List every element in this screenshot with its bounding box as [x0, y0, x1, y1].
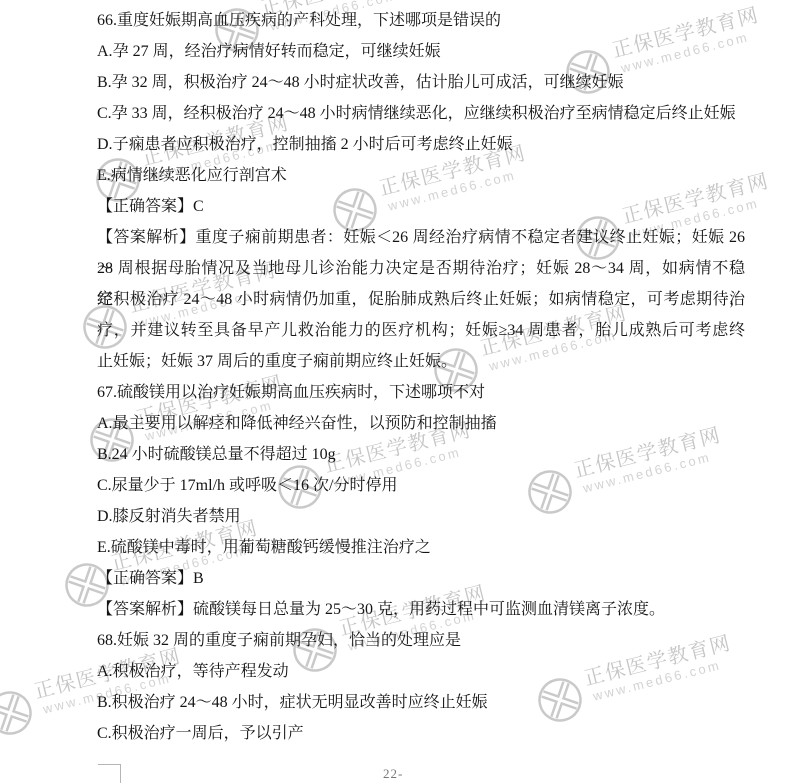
- question-stem-text: 硫酸镁用以治疗妊娠期高血压疾病时，下述哪项不对: [117, 384, 485, 401]
- question-66-analysis-line-2: 28 周根据母胎情况及当地母儿诊治能力决定是否期待治疗；妊娠 28～34 周，如…: [97, 253, 745, 284]
- option-label: C.: [97, 105, 112, 122]
- option-text: 膝反射消失者禁用: [113, 508, 241, 525]
- question-66-option-e: E.病情继续恶化应行剖宫术: [97, 160, 745, 191]
- question-66-analysis-line-1: 【答案解析】重度子痫前期患者：妊娠＜26 周经治疗病情不稳定者建议终止妊娠；妊娠…: [97, 222, 745, 253]
- option-text: 尿量少于 17ml/h 或呼吸＜16 次/分时停用: [112, 477, 398, 494]
- answer-label: 【正确答案】: [97, 570, 193, 587]
- option-label: E.: [97, 539, 111, 556]
- analysis-text: 硫酸镁每日总量为 25～30 克，用药过程中可监测血清镁离子浓度。: [193, 601, 665, 618]
- option-text: 积极治疗，等待产程发动: [113, 663, 289, 680]
- question-68-stem: 68.妊娠 32 周的重度子痫前期孕妇，恰当的处理应是: [97, 625, 745, 656]
- option-text: 孕 33 周，经积极治疗 24～48 小时病情继续恶化，应继续积极治疗至病情稳定…: [112, 105, 736, 122]
- option-text: 积极治疗一周后，予以引产: [112, 725, 304, 742]
- question-number: 68.: [97, 632, 117, 649]
- option-label: D.: [97, 508, 113, 525]
- question-67-answer-line: 【正确答案】B: [97, 563, 745, 594]
- option-label: C.: [97, 477, 112, 494]
- option-text: 病情继续恶化应行剖宫术: [111, 167, 287, 184]
- question-67-option-a: A.最主要用以解痉和降低神经兴奋性，以预防和控制抽搐: [97, 408, 745, 439]
- document-page: 正保医学教育网www.med66.com 正保医学教育网www.med66.co…: [0, 0, 791, 783]
- question-66-analysis-line-3: 经积极治疗 24～48 小时病情仍加重，促胎肺成熟后终止妊娠；如病情稳定，可考虑…: [97, 284, 745, 315]
- question-68-option-b: B.积极治疗 24～48 小时，症状无明显改善时应终止妊娠: [97, 687, 745, 718]
- question-number: 67.: [97, 384, 117, 401]
- option-label: B.: [97, 694, 112, 711]
- option-label: A.: [97, 663, 113, 680]
- question-66-analysis-line-4: 疗，并建议转至具备早产儿救治能力的医疗机构；妊娠≥34 周患者，胎儿成熟后可考虑…: [97, 315, 745, 346]
- option-text: 积极治疗 24～48 小时，症状无明显改善时应终止妊娠: [112, 694, 488, 711]
- option-text: 孕 27 周，经治疗病情好转而稳定，可继续妊娠: [113, 43, 441, 60]
- answer-value: B: [193, 570, 204, 587]
- question-66-stem: 66.重度妊娠期高血压疾病的产科处理，下述哪项是错误的: [97, 5, 745, 36]
- med66-logo-icon: [0, 685, 38, 741]
- option-label: D.: [97, 136, 113, 153]
- question-66-option-b: B.孕 32 周，积极治疗 24～48 小时症状改善，估计胎儿可成活，可继续妊娠: [97, 67, 745, 98]
- option-label: E.: [97, 167, 111, 184]
- analysis-label: 【答案解析】: [97, 229, 196, 246]
- option-label: C.: [97, 725, 112, 742]
- option-text: 子痫患者应积极治疗，控制抽搐 2 小时后可考虑终止妊娠: [113, 136, 513, 153]
- question-66-option-c: C.孕 33 周，经积极治疗 24～48 小时病情继续恶化，应继续积极治疗至病情…: [97, 98, 745, 129]
- text-boundary-corner-mark: [98, 764, 121, 783]
- page-number: 22-: [383, 766, 403, 782]
- question-67-option-e: E.硫酸镁中毒时，用葡萄糖酸钙缓慢推注治疗之: [97, 532, 745, 563]
- question-66-option-a: A.孕 27 周，经治疗病情好转而稳定，可继续妊娠: [97, 36, 745, 67]
- option-text: 最主要用以解痉和降低神经兴奋性，以预防和控制抽搐: [113, 415, 497, 432]
- answer-label: 【正确答案】: [97, 198, 193, 215]
- question-68-option-c: C.积极治疗一周后，予以引产: [97, 718, 745, 749]
- question-67-analysis-line-1: 【答案解析】硫酸镁每日总量为 25～30 克，用药过程中可监测血清镁离子浓度。: [97, 594, 745, 625]
- document-body: 66.重度妊娠期高血压疾病的产科处理，下述哪项是错误的 A.孕 27 周，经治疗…: [97, 5, 745, 749]
- option-label: A.: [97, 415, 113, 432]
- option-label: A.: [97, 43, 113, 60]
- option-label: B.: [97, 74, 112, 91]
- question-67-stem: 67.硫酸镁用以治疗妊娠期高血压疾病时，下述哪项不对: [97, 377, 745, 408]
- option-text: 硫酸镁中毒时，用葡萄糖酸钙缓慢推注治疗之: [111, 539, 431, 556]
- question-67-option-b: B.24 小时硫酸镁总量不得超过 10g: [97, 439, 745, 470]
- question-67-option-d: D.膝反射消失者禁用: [97, 501, 745, 532]
- question-66-answer-line: 【正确答案】C: [97, 191, 745, 222]
- option-label: B.: [97, 446, 112, 463]
- option-text: 24 小时硫酸镁总量不得超过 10g: [112, 446, 336, 463]
- question-66-option-d: D.子痫患者应积极治疗，控制抽搐 2 小时后可考虑终止妊娠: [97, 129, 745, 160]
- question-66-analysis-line-5: 止妊娠；妊娠 37 周后的重度子痫前期应终止妊娠。: [97, 346, 745, 377]
- question-68-option-a: A.积极治疗，等待产程发动: [97, 656, 745, 687]
- answer-value: C: [193, 198, 204, 215]
- question-number: 66.: [97, 12, 117, 29]
- analysis-label: 【答案解析】: [97, 601, 193, 618]
- option-text: 孕 32 周，积极治疗 24～48 小时症状改善，估计胎儿可成活，可继续妊娠: [112, 74, 624, 91]
- question-stem-text: 重度妊娠期高血压疾病的产科处理，下述哪项是错误的: [117, 12, 501, 29]
- question-67-option-c: C.尿量少于 17ml/h 或呼吸＜16 次/分时停用: [97, 470, 745, 501]
- question-stem-text: 妊娠 32 周的重度子痫前期孕妇，恰当的处理应是: [117, 632, 461, 649]
